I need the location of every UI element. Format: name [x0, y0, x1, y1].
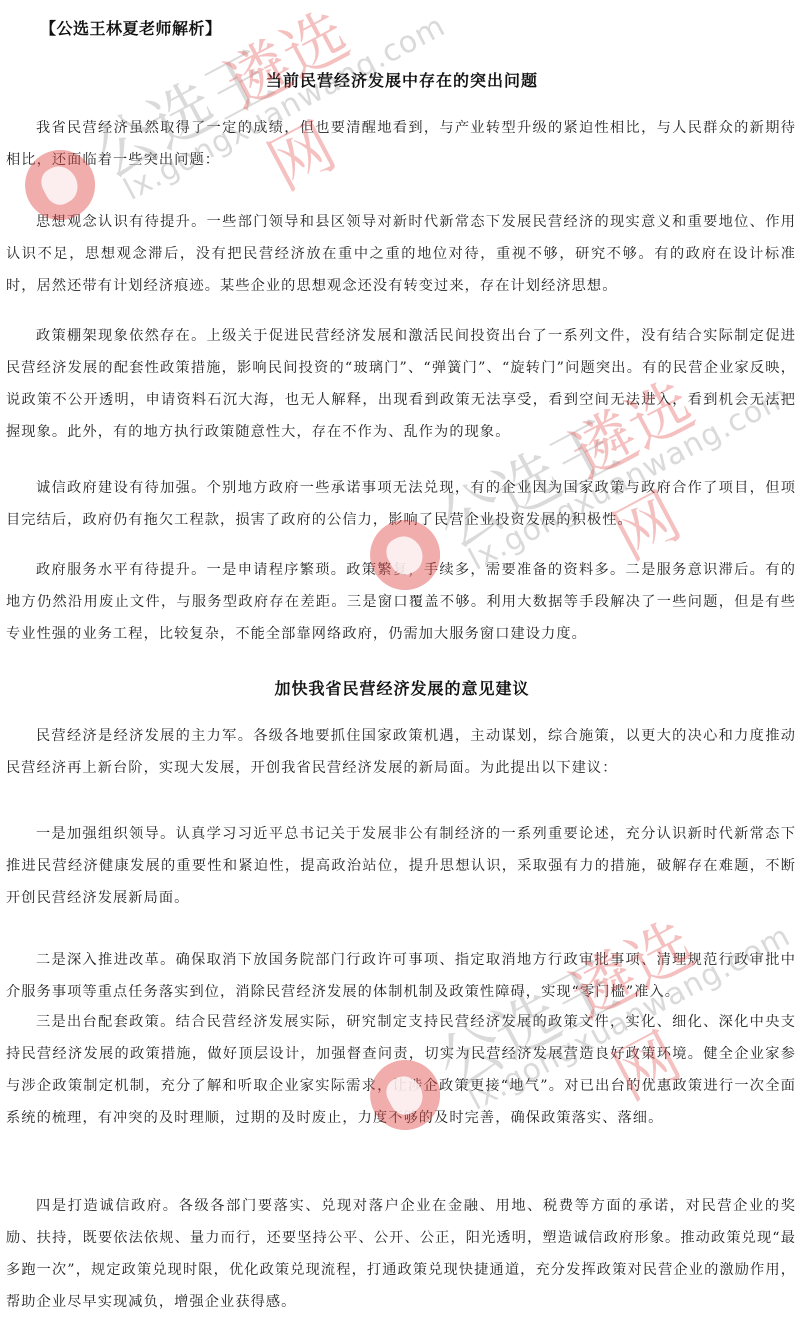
paragraph-supporting-policy: 三是出台配套政策。结合民营经济发展实际，研究制定支持民营经济发展的政策文件，实化… — [6, 1006, 796, 1134]
paragraph-suggestions-intro: 民营经济是经济发展的主力军。各级各地要抓住国家政策机遇，主动谋划，综合施策，以更… — [6, 720, 796, 784]
paragraph-ideology: 思想观念认识有待提升。一些部门领导和县区领导对新时代新常态下发展民营经济的现实意… — [6, 206, 796, 302]
paragraph-integrity: 诚信政府建设有待加强。个别地方政府一些承诺事项无法兑现，有的企业因为国家政策与政… — [6, 472, 796, 536]
section-title-suggestions: 加快我省民营经济发展的意见建议 — [0, 676, 804, 699]
paragraph-reform: 二是深入推进改革。确保取消下放国务院部门行政许可事项、指定取消地方行政审批事项、… — [6, 944, 796, 1008]
paragraph-policy-shelving: 政策棚架现象依然存在。上级关于促进民营经济发展和激活民间投资出台了一系列文件，没… — [6, 320, 796, 448]
paragraph-leadership: 一是加强组织领导。认真学习习近平总书记关于发展非公有制经济的一系列重要论述，充分… — [6, 818, 796, 914]
watermark-brand-pink: 遴选网 — [206, 0, 460, 207]
paragraph-integrity-government: 四是打造诚信政府。各级各部门要落实、兑现对落户企业在金融、用地、税费等方面的承诺… — [6, 1190, 796, 1318]
author-label: 【公选王林夏老师解析】 — [40, 16, 222, 39]
section-title-problems: 当前民营经济发展中存在的突出问题 — [0, 68, 804, 91]
paragraph-intro: 我省民营经济虽然取得了一定的成绩，但也要清醒地看到，与产业转型升级的紧迫性相比，… — [6, 112, 796, 176]
paragraph-service: 政府服务水平有待提升。一是申请程序繁琐。政策繁复，手续多，需要准备的资料多。二是… — [6, 554, 796, 650]
document-page: 【公选王林夏老师解析】 当前民营经济发展中存在的突出问题 我省民营经济虽然取得了… — [0, 0, 804, 1320]
